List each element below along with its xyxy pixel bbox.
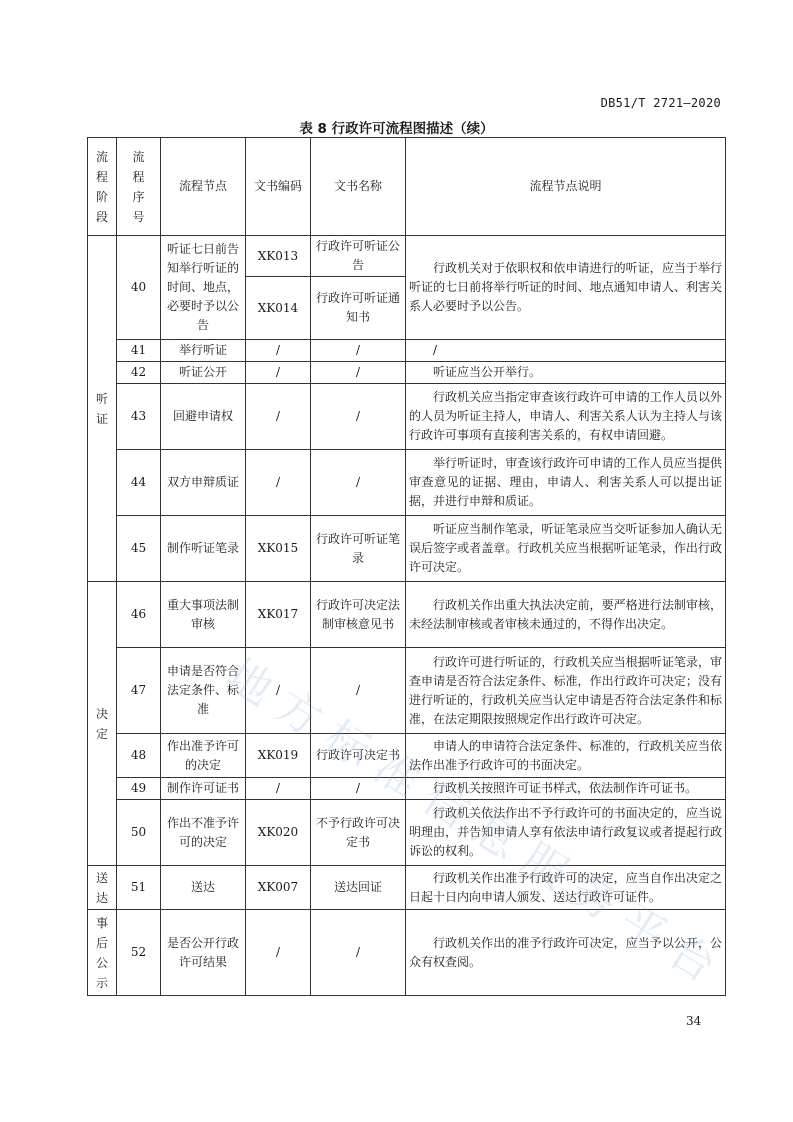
doc-code-cell: XK020 [246, 800, 311, 866]
doc-code-cell: XK007 [246, 866, 311, 910]
node-cell: 制作许可证书 [161, 778, 246, 800]
node-cell: 听证公开 [161, 362, 246, 384]
node-cell: 作出不准予许可的决定 [161, 800, 246, 866]
table-row: 听证 40 听证七日前告知举行听证的时间、地点，必要时予以公告 XK013 行政… [88, 236, 726, 277]
desc-cell: 行政许可进行听证的，行政机关应当根据听证笔录，审查申请是否符合法定条件、标准，作… [406, 648, 726, 734]
col-header-node: 流程节点 [161, 138, 246, 236]
desc-cell: 行政机关作出准予行政许可的决定，应当自作出决定之日起十日内向申请人颁发、送达行政… [406, 866, 726, 910]
flow-description-table: 流程阶段 流程序号 流程节点 文书编码 文书名称 流程节点说明 听证 40 听证… [87, 137, 726, 996]
table-row: 50 作出不准予许可的决定 XK020 不予行政许可决定书 行政机关依法作出不予… [88, 800, 726, 866]
desc-cell: 申请人的申请符合法定条件、标准的，行政机关应当依法作出准予行政许可的书面决定。 [406, 734, 726, 778]
seq-cell: 40 [117, 236, 161, 340]
seq-cell: 44 [117, 450, 161, 516]
doc-name-cell: 行政许可决定法制审核意见书 [311, 582, 406, 648]
table-title: 表 8 行政许可流程图描述（续） [0, 117, 793, 137]
table-header-row: 流程阶段 流程序号 流程节点 文书编码 文书名称 流程节点说明 [88, 138, 726, 236]
col-header-doc-name: 文书名称 [311, 138, 406, 236]
doc-name-cell: 行政许可听证笔录 [311, 516, 406, 582]
table-row: 44 双方申辩质证 / / 举行听证时，审查该行政许可申请的工作人员应当提供审查… [88, 450, 726, 516]
seq-cell: 50 [117, 800, 161, 866]
doc-code-cell: / [246, 778, 311, 800]
doc-name-cell: / [311, 384, 406, 450]
seq-cell: 52 [117, 910, 161, 996]
node-cell: 是否公开行政许可结果 [161, 910, 246, 996]
node-cell: 重大事项法制审核 [161, 582, 246, 648]
doc-name-cell: 送达回证 [311, 866, 406, 910]
doc-name-cell: 不予行政许可决定书 [311, 800, 406, 866]
seq-cell: 48 [117, 734, 161, 778]
desc-cell: 听证应当制作笔录，听证笔录应当交听证参加人确认无误后签字或者盖章。行政机关应当根… [406, 516, 726, 582]
col-header-seq: 流程序号 [117, 138, 161, 236]
doc-name-cell: / [311, 648, 406, 734]
table-row: 41 举行听证 / / / [88, 340, 726, 362]
col-header-stage: 流程阶段 [88, 138, 117, 236]
standard-code: DB51/T 2721—2020 [601, 96, 721, 110]
desc-cell: 行政机关按照许可证书样式，依法制作许可证书。 [406, 778, 726, 800]
doc-name-cell: / [311, 778, 406, 800]
table-row: 43 回避申请权 / / 行政机关应当指定审查该行政许可申请的工作人员以外的人员… [88, 384, 726, 450]
page-number: 34 [686, 1014, 701, 1028]
doc-code-cell: / [246, 384, 311, 450]
desc-cell: 行政机关应当指定审查该行政许可申请的工作人员以外的人员为听证主持人，申请人、利害… [406, 384, 726, 450]
doc-code-cell: / [246, 362, 311, 384]
doc-code-cell: XK017 [246, 582, 311, 648]
stage-cell-delivery: 送达 [88, 866, 117, 910]
doc-code-cell: / [246, 450, 311, 516]
desc-cell: / [406, 340, 726, 362]
node-cell: 送达 [161, 866, 246, 910]
node-cell: 制作听证笔录 [161, 516, 246, 582]
node-cell: 申请是否符合法定条件、标准 [161, 648, 246, 734]
stage-cell-publicity: 事后公示 [88, 910, 117, 996]
doc-code-cell: XK014 [246, 277, 311, 340]
node-cell: 听证七日前告知举行听证的时间、地点，必要时予以公告 [161, 236, 246, 340]
doc-name-cell: / [311, 340, 406, 362]
desc-cell: 举行听证时，审查该行政许可申请的工作人员应当提供审查意见的证据、理由，申请人、利… [406, 450, 726, 516]
seq-cell: 47 [117, 648, 161, 734]
desc-cell: 听证应当公开举行。 [406, 362, 726, 384]
doc-name-cell: 行政许可听证通知书 [311, 277, 406, 340]
desc-cell: 行政机关作出的准予行政许可决定，应当予以公开，公众有权查阅。 [406, 910, 726, 996]
table-row: 送达 51 送达 XK007 送达回证 行政机关作出准予行政许可的决定，应当自作… [88, 866, 726, 910]
table-row: 47 申请是否符合法定条件、标准 / / 行政许可进行听证的，行政机关应当根据听… [88, 648, 726, 734]
seq-cell: 46 [117, 582, 161, 648]
seq-cell: 42 [117, 362, 161, 384]
doc-code-cell: XK015 [246, 516, 311, 582]
doc-name-cell: / [311, 450, 406, 516]
doc-code-cell: / [246, 910, 311, 996]
doc-code-cell: XK019 [246, 734, 311, 778]
seq-cell: 41 [117, 340, 161, 362]
desc-cell: 行政机关对于依职权和依申请进行的听证，应当于举行听证的七日前将举行听证的时间、地… [406, 236, 726, 340]
table-row: 决定 46 重大事项法制审核 XK017 行政许可决定法制审核意见书 行政机关作… [88, 582, 726, 648]
stage-cell-hearing: 听证 [88, 236, 117, 582]
stage-cell-decision: 决定 [88, 582, 117, 866]
doc-name-cell: 行政许可决定书 [311, 734, 406, 778]
seq-cell: 51 [117, 866, 161, 910]
doc-name-cell: / [311, 362, 406, 384]
table-row: 42 听证公开 / / 听证应当公开举行。 [88, 362, 726, 384]
seq-cell: 45 [117, 516, 161, 582]
doc-code-cell: XK013 [246, 236, 311, 277]
table-row: 48 作出准予许可的决定 XK019 行政许可决定书 申请人的申请符合法定条件、… [88, 734, 726, 778]
doc-code-cell: / [246, 340, 311, 362]
seq-cell: 49 [117, 778, 161, 800]
node-cell: 双方申辩质证 [161, 450, 246, 516]
doc-name-cell: / [311, 910, 406, 996]
node-cell: 回避申请权 [161, 384, 246, 450]
col-header-desc: 流程节点说明 [406, 138, 726, 236]
doc-name-cell: 行政许可听证公告 [311, 236, 406, 277]
node-cell: 举行听证 [161, 340, 246, 362]
col-header-doc-code: 文书编码 [246, 138, 311, 236]
doc-code-cell: / [246, 648, 311, 734]
table-row: 45 制作听证笔录 XK015 行政许可听证笔录 听证应当制作笔录，听证笔录应当… [88, 516, 726, 582]
desc-cell: 行政机关作出重大执法决定前，要严格进行法制审核，未经法制审核或者审核未通过的，不… [406, 582, 726, 648]
seq-cell: 43 [117, 384, 161, 450]
node-cell: 作出准予许可的决定 [161, 734, 246, 778]
desc-cell: 行政机关依法作出不予行政许可的书面决定的，应当说明理由，并告知申请人享有依法申请… [406, 800, 726, 866]
table-row: 49 制作许可证书 / / 行政机关按照许可证书样式，依法制作许可证书。 [88, 778, 726, 800]
table-row: 事后公示 52 是否公开行政许可结果 / / 行政机关作出的准予行政许可决定，应… [88, 910, 726, 996]
